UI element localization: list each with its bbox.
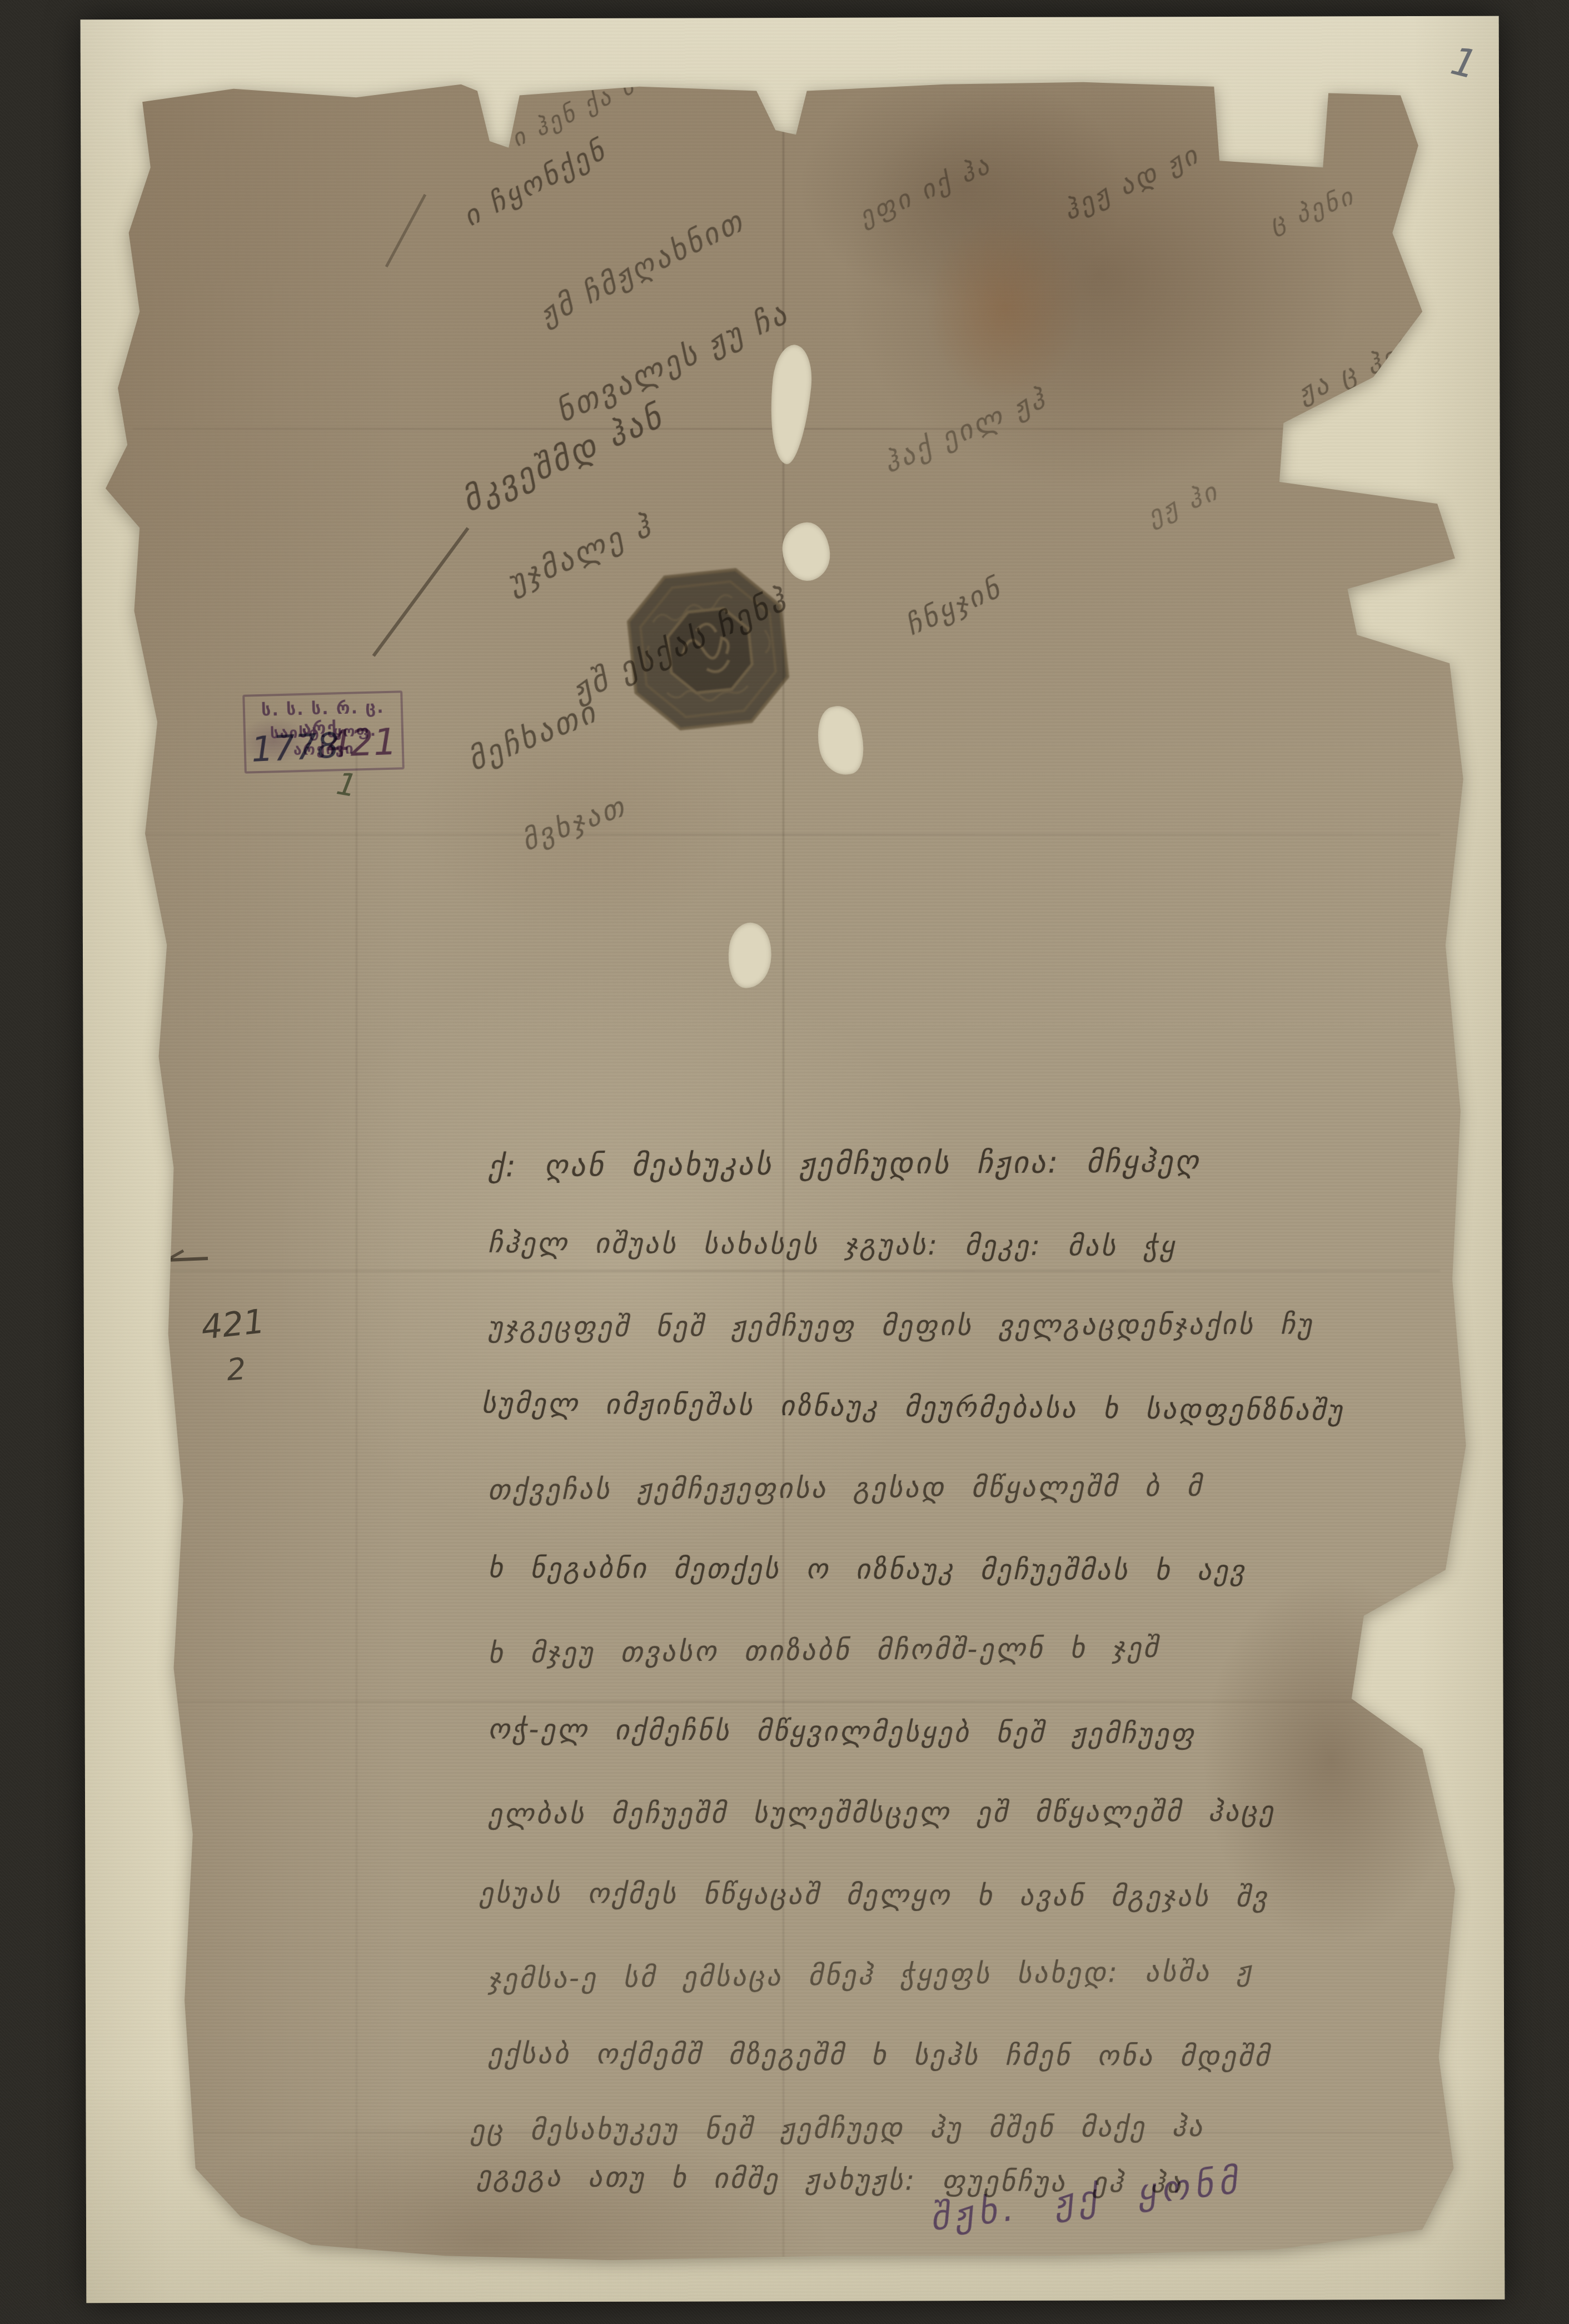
pencil-scratch-marks [345, 161, 511, 689]
manuscript-text-line-13: ეც მესახუკეუ ნეშ ჟემჩუედ ჰუ მშენ მაქე ჰა [470, 2111, 1204, 2147]
manuscript-text-line-7: ხ მჯეუ თვასო თიზაბნ მჩომშ-ელნ ხ ჯეშ [488, 1631, 1160, 1670]
manuscript-text-line-9: ელბას მეჩუეშმ სულეშმსცელ ეშ მწყალეშმ ჰაც… [488, 1795, 1276, 1830]
manuscript-text-line-11: ჯემსა-ე სმ ემსაცა მნეჰ ჭყეფს სახედ: ასშა… [488, 1955, 1253, 1995]
diagonal-script-fragment-1: ი ჰენ ქა ნ [507, 71, 640, 152]
wax-ink-seal-octagon [619, 560, 798, 739]
diagonal-script-fragment-13: ჟა ც ჰენ [1294, 334, 1419, 409]
manuscript-text-line-3: უჯგეცფეშ ნეშ ჟემჩუეფ მეფის ველგაცდენჯაქი… [488, 1308, 1314, 1343]
fold-crease-vertical-left [356, 745, 357, 2262]
paper-hole-1 [764, 343, 815, 466]
manuscript: ი ჰენ ქა ნი ჩყონქენჟმ ჩმჟღახნითნთვალეს ჟ… [106, 78, 1467, 2262]
diagonal-script-fragment-3: ჟმ ჩმჟღახნით [535, 204, 750, 332]
archival-scan-page: 1 ი ჰენ ქა ნი ჩყონქენჟმ ჩმჟღახნითნთვალეს… [0, 0, 1569, 2324]
fold-crease-horizontal-3 [133, 1270, 1440, 1272]
manuscript-text-line-6: ხ ნეგაბნი მეთქეს ო იზნაუკ მეჩუეშმას ხ აე… [488, 1552, 1247, 1587]
manuscript-text-line-2: ჩჰელ იშუას სახასეს ჯგუას: მეკე: მას ჭყ [488, 1227, 1177, 1262]
diagonal-script-fragment-10: ეფი იქ ჰა [855, 149, 996, 232]
margin-number: 421 [200, 1302, 267, 1347]
paper-hole-2 [780, 521, 831, 583]
margin-arrow-mark [159, 1245, 215, 1271]
manuscript-paper: ი ჰენ ქა ნი ჩყონქენჟმ ჩმჟღახნითნთვალეს ჟ… [106, 78, 1467, 2262]
diagonal-script-fragment-9: მვხჯათ [517, 789, 631, 857]
diagonal-script-fragment-11: ჰეჟ ად ჟი [1059, 138, 1205, 226]
diagonal-script-fragment-8: მეჩხათი [463, 694, 602, 777]
manuscript-text-line-12: ექსაბ ოქმემშ მზეგეშმ ხ სეჰს ჩმენ ონა მდე… [488, 2038, 1271, 2073]
diagonal-script-fragment-12: ც პენი [1266, 181, 1359, 238]
diagonal-script-fragment-4: ნთვალეს ჟუ ჩა [551, 295, 794, 429]
manuscript-text-line-8: ოჭ-ელ იქმეჩნს მწყვილმესყებ ნეშ ჟემჩუეფ [488, 1713, 1196, 1750]
manuscript-text-line-5: თქვეჩას ჟემჩეჟეფისა გესად მწყალეშმ ბ მ [488, 1470, 1204, 1506]
manuscript-text-line-10: ესუას ოქმეს ნწყაცაშ მელყო ხ ავან მგეჯას … [479, 1877, 1269, 1913]
inventory-number-purple: 421 [326, 720, 398, 765]
fold-crease-horizontal-4 [133, 1701, 1440, 1703]
paper-hole-3 [811, 702, 869, 779]
diagonal-script-fragment-15: ჩნყჯინ [901, 571, 1007, 641]
paper-hole-4 [724, 920, 776, 991]
manuscript-text-line-4: სუმელ იმჟინეშას იზნაუკ მეურმებასა ხ სადფ… [481, 1387, 1344, 1427]
diagonal-script-fragment-14: ჰაქ ეილ ჟჰ [879, 381, 1052, 479]
manuscript-text-line-1: ქ: ღან მეახუკას ჟემჩუდის ჩჟია: მჩყჰეღ [488, 1144, 1201, 1184]
fold-crease-horizontal-2 [133, 834, 1440, 835]
margin-number-secondary: 2 [226, 1351, 247, 1387]
diagonal-script-fragment-16: ეჟ ჰი [1143, 475, 1223, 531]
